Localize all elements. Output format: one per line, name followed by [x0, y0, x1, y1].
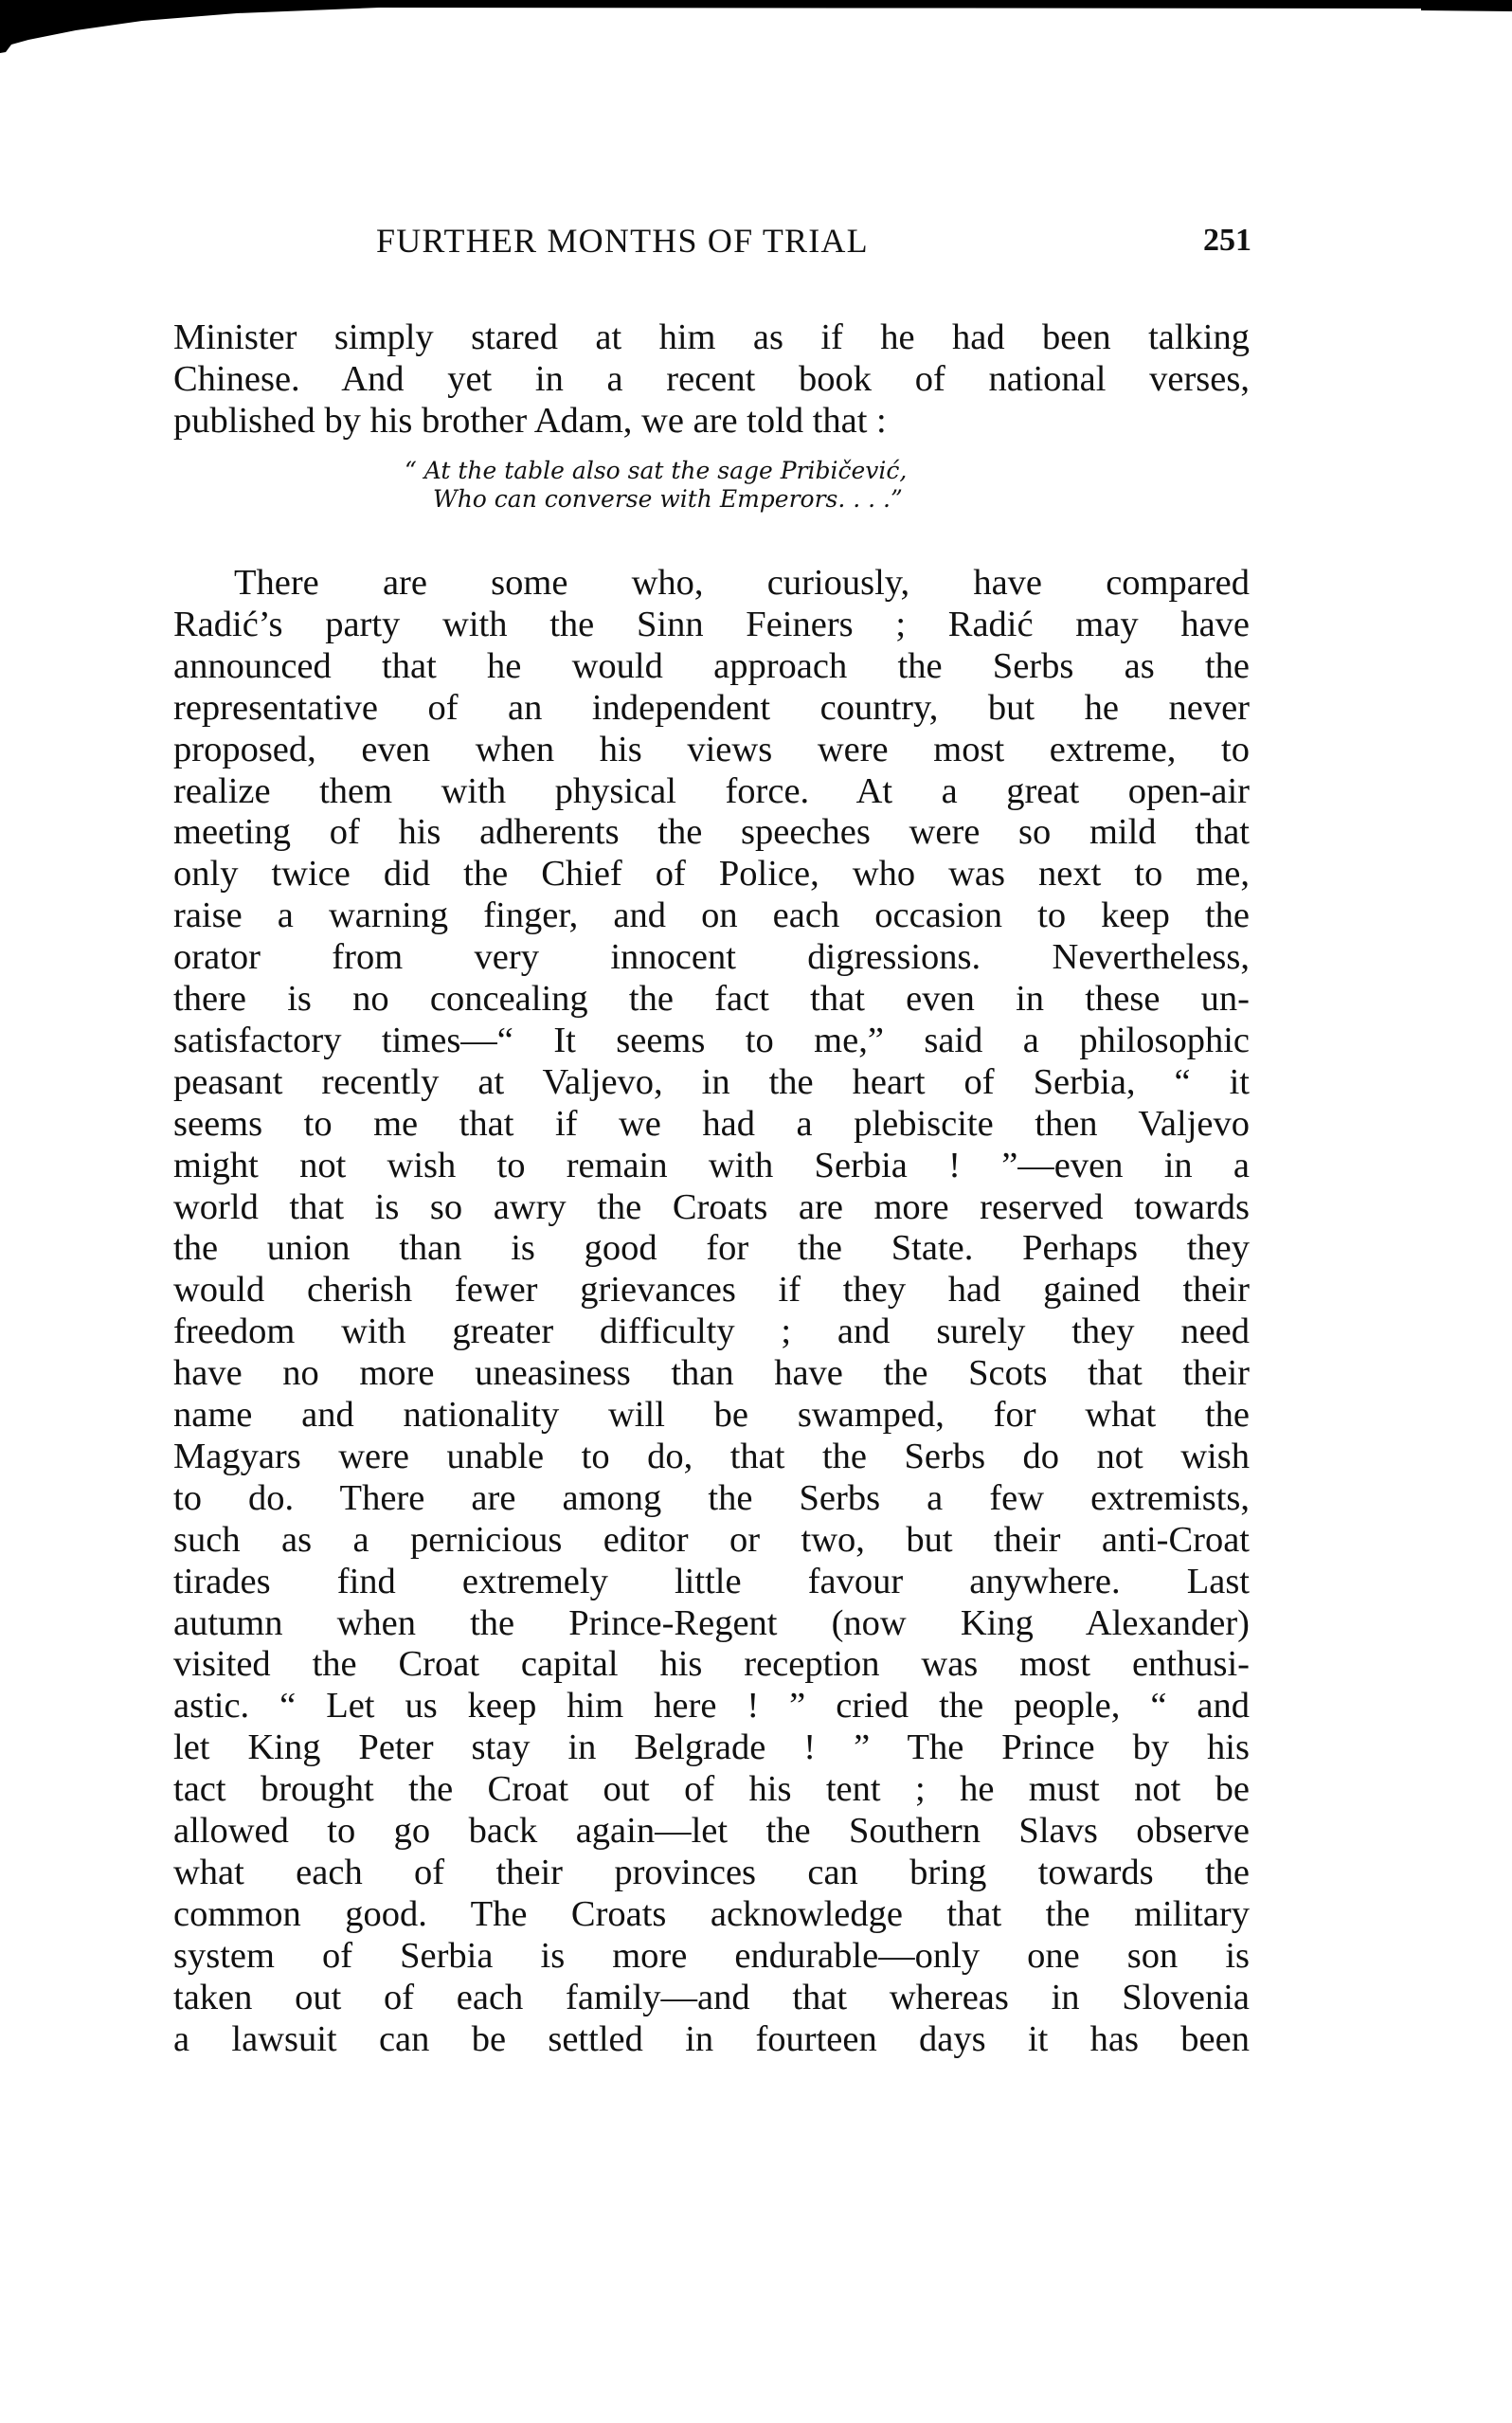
text-line: representative of an independent country… [173, 687, 1250, 729]
text-line: satisfactory times—“ It seems to me,” sa… [173, 1020, 1250, 1061]
text-line: visited the Croat capital his reception … [173, 1643, 1250, 1685]
running-title: FURTHER MONTHS OF TRIAL [376, 220, 1051, 262]
text-line: raise a warning finger, and on each occa… [173, 895, 1250, 936]
text-line: proposed, even when his views were most … [173, 729, 1250, 770]
text-line: realize them with physical force. At a g… [173, 770, 1250, 812]
text-line: the union than is good for the State. Pe… [173, 1227, 1250, 1269]
text-line: common good. The Croats acknowledge that… [173, 1893, 1250, 1935]
text-line: name and nationality will be swamped, fo… [173, 1394, 1250, 1436]
text-line: taken out of each family—and that wherea… [173, 1977, 1250, 2018]
verse-line: Who can converse with Emperors. . . .” [433, 485, 903, 514]
text-line: Minister simply stared at him as if he h… [173, 316, 1250, 358]
page-edge-shadow [0, 0, 1512, 57]
text-line: published by his brother Adam, we are to… [173, 400, 1250, 442]
text-line: system of Serbia is more endurable—only … [173, 1935, 1250, 1977]
text-line: what each of their provinces can bring t… [173, 1852, 1250, 1893]
text-line: would cherish fewer grievances if they h… [173, 1269, 1250, 1311]
text-line: orator from very innocent digressions. N… [173, 936, 1250, 978]
text-line: there is no concealing the fact that eve… [173, 978, 1250, 1020]
text-line: seems to me that if we had a plebiscite … [173, 1103, 1250, 1145]
text-line: might not wish to remain with Serbia ! ”… [173, 1145, 1250, 1186]
text-line: to do. There are among the Serbs a few e… [173, 1477, 1250, 1519]
text-line: tact brought the Croat out of his tent ;… [173, 1768, 1250, 1810]
text-line: astic. “ Let us keep him here ! ” cried … [173, 1685, 1250, 1727]
text-line: such as a pernicious editor or two, but … [173, 1519, 1250, 1561]
text-line: have no more uneasiness than have the Sc… [173, 1352, 1250, 1394]
page-number: 251 [1187, 220, 1251, 262]
text-line: tirades find extremely little favour any… [173, 1561, 1250, 1602]
text-line: Radić’s party with the Sinn Feiners ; Ra… [173, 604, 1250, 645]
verse-line: “ At the table also sat the sage Pribiče… [405, 457, 907, 485]
text-line: announced that he would approach the Ser… [173, 645, 1250, 687]
text-line: autumn when the Prince-Regent (now King … [173, 1602, 1250, 1644]
text-line: Chinese. And yet in a recent book of nat… [173, 358, 1250, 400]
text-line: allowed to go back again—let the Souther… [173, 1810, 1250, 1852]
text-line: peasant recently at Valjevo, in the hear… [173, 1061, 1250, 1103]
text-line: freedom with greater difficulty ; and su… [173, 1311, 1250, 1352]
text-line: world that is so awry the Croats are mor… [173, 1186, 1250, 1228]
text-line: let King Peter stay in Belgrade ! ” The … [173, 1727, 1250, 1768]
text-line: meeting of his adherents the speeches we… [173, 811, 1250, 853]
text-line: Magyars were unable to do, that the Serb… [173, 1436, 1250, 1477]
text-line: There are some who, curiously, have comp… [234, 562, 1250, 604]
text-line: only twice did the Chief of Police, who … [173, 853, 1250, 895]
running-header: FURTHER MONTHS OF TRIAL 251 [0, 220, 1512, 262]
text-line: a lawsuit can be settled in fourteen day… [173, 2018, 1250, 2060]
